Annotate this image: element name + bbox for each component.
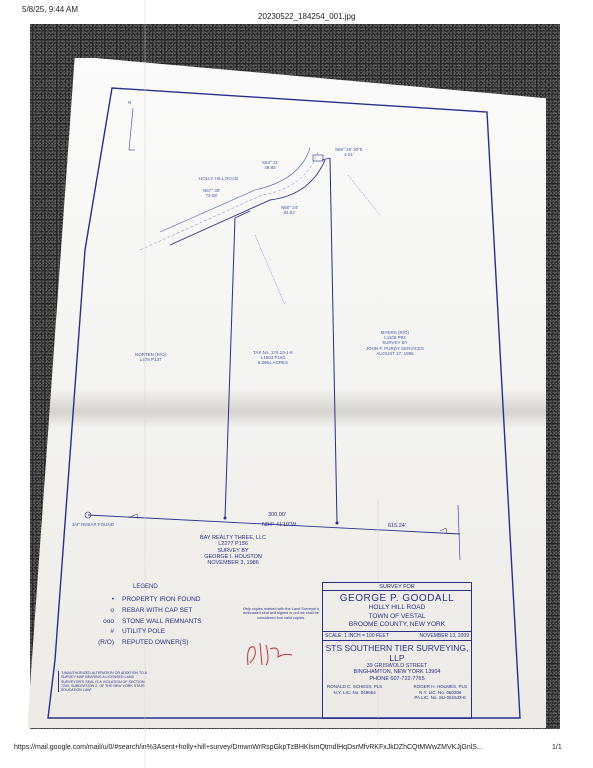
firm-name: STS SOUTHERN TIER SURVEYING, LLP xyxy=(323,643,471,663)
parcel-left-owner: NORTEN (R/O)L478 P137 xyxy=(135,352,166,362)
legend-item: oREBAR WITH CAP SET xyxy=(84,606,202,617)
legend: •PROPERTY IRON FOUND oREBAR WITH CAP SET… xyxy=(84,595,202,649)
road-name: HOLLY HILL ROAD xyxy=(323,604,471,613)
stone-wall-icon: ooo xyxy=(84,617,114,628)
legend-item: oooSTONE WALL REMNANTS xyxy=(84,617,202,628)
bearing-lower-road: N60° 24'84.81' xyxy=(281,205,298,215)
print-footer-url: https://mail.google.com/mail/u/0/#search… xyxy=(14,744,483,751)
county-name: BROOME COUNTY, NEW YORK xyxy=(323,621,471,630)
bearing-bottom-right-dist: 615.24' xyxy=(388,523,406,529)
legend-item: (R/O)REPUTED OWNER(S) xyxy=(84,638,202,649)
north-label: N xyxy=(128,100,131,105)
title-block: SURVEY FOR GEORGE P. GOODALL HOLLY HILL … xyxy=(322,582,472,719)
legend-title: LEGEND xyxy=(133,584,158,590)
survey-for-label: SURVEY FOR xyxy=(323,584,471,591)
property-iron-icon: • xyxy=(84,595,114,606)
property-line-left xyxy=(225,218,235,518)
parcel-right-owner: MYERS (R/O)L1108 P93SURVEY BYJOHN F. PUR… xyxy=(366,330,424,356)
print-footer-page: 1/1 xyxy=(552,744,562,751)
surveyor-2: ROGER H. HOLMES, PLSN.Y. LIC. No. 050206… xyxy=(413,684,467,701)
surveyor-1: RONALD C. SCHESS, PLSN.Y. LIC. No. 04955… xyxy=(327,684,382,701)
reputed-owner-icon: (R/O) xyxy=(84,638,114,649)
parcel-bottom-owner: BAY REALTY THREE, LLCL2277 P156SURVEY BY… xyxy=(200,535,266,567)
town-name: TOWN OF VESTAL xyxy=(323,613,471,622)
legend-item: •PROPERTY IRON FOUND xyxy=(84,595,202,606)
road-label: HOLLY HILL ROAD xyxy=(199,176,238,181)
bearing-left-road: N67° 38'73.08' xyxy=(203,188,220,198)
bearing-bottom-left-dist: 300.00' xyxy=(268,512,286,518)
monument-label: 3/4" REBAR FOUND xyxy=(72,522,114,527)
property-line-right xyxy=(330,158,337,523)
unauthorized-alteration-note: "UNAUTHORIZED ALTERATION OR ADDITION TO … xyxy=(58,671,153,692)
bearing-top-right: S86° 19' 30"E4.51' xyxy=(335,147,363,157)
scale-label: SCALE: 1 INCH = 100 FEET xyxy=(325,633,389,639)
road-centerline xyxy=(140,152,318,250)
parcel-center-info: TAX No. 174.10-1-6L1503 P1836.396± ACRES xyxy=(253,350,293,366)
survey-date: NOVEMBER 13, 2009 xyxy=(420,633,469,639)
rebar-cap-icon: o xyxy=(84,606,114,617)
utility-pole-icon: # xyxy=(84,627,114,638)
copies-note: Only copies marked with the Land Surveyo… xyxy=(236,607,326,620)
bearing-curve-1: S63° 31'48.85' xyxy=(262,160,279,170)
legend-item: #UTILITY POLE xyxy=(84,627,202,638)
client-name: GEORGE P. GOODALL xyxy=(323,593,471,604)
north-arrow-icon xyxy=(129,108,135,150)
scale-date-row: SCALE: 1 INCH = 100 FEET NOVEMBER 13, 20… xyxy=(323,631,471,641)
bearing-bottom-line: N84° 41'10"W xyxy=(262,522,296,528)
signature xyxy=(240,635,300,670)
surveyor-licenses: RONALD C. SCHESS, PLSN.Y. LIC. No. 04955… xyxy=(323,682,471,701)
road-edge xyxy=(170,160,325,245)
